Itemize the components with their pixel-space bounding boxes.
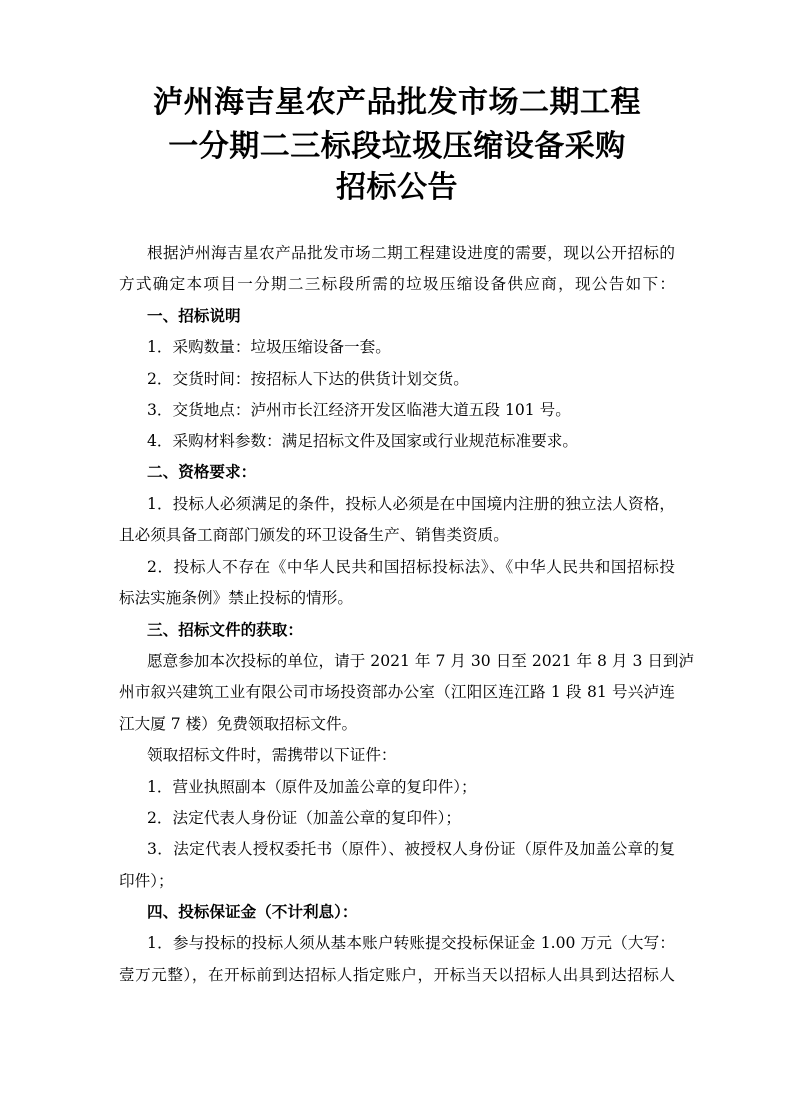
section-1-item-4: 4．采购材料参数：满足招标文件及国家或行业规范标准要求。 (147, 426, 578, 457)
section-2-item-2-line-2: 标法实施条例》禁止投标的情形。 (119, 583, 353, 614)
section-3-docs-intro: 领取招标文件时，需携带以下证件： (147, 740, 397, 771)
section-3-paragraph-line-2: 州市叙兴建筑工业有限公司市场投资部办公室（江阳区连江路 1 段 81 号兴泸连 (119, 677, 675, 708)
section-1-heading: 一、招标说明 (147, 301, 241, 332)
document-title-line-2: 一分期二三标段垃圾压缩设备采购 (0, 132, 794, 162)
section-2-heading: 二、资格要求： (147, 457, 256, 488)
intro-paragraph-line-2: 方式确定本项目一分期二三标段所需的垃圾压缩设备供应商，现公告如下： (119, 269, 675, 300)
section-1-item-2: 2．交货时间：按招标人下达的供货计划交货。 (147, 364, 469, 395)
section-4-item-1-line-2: 壹万元整），在开标前到达招标人指定账户，开标当天以招标人出具到达招标人 (119, 960, 675, 991)
section-2-item-2-line-1: 2．投标人不存在《中华人民共和国招标投标法》、《中华人民共和国招标投 (147, 552, 675, 583)
section-3-doc-3-line-1: 3．法定代表人授权委托书（原件）、被授权人身份证（原件及加盖公章的复 (147, 834, 675, 865)
section-3-heading: 三、招标文件的获取： (147, 615, 303, 646)
section-4-item-1-line-1: 1．参与投标的投标人须从基本账户转账提交投标保证金 1.00 万元（大写： (147, 928, 675, 959)
section-4-heading: 四、投标保证金（不计利息）： (147, 897, 358, 928)
intro-paragraph-line-1: 根据泸州海吉星农产品批发市场二期工程建设进度的需要，现以公开招标的 (147, 238, 675, 269)
section-3-doc-1: 1．营业执照副本（原件及加盖公章的复印件）； (147, 772, 477, 803)
document-page: 泸州海吉星农产品批发市场二期工程 一分期二三标段垃圾压缩设备采购 招标公告 根据… (0, 0, 794, 1108)
section-3-paragraph-line-1: 愿意参加本次投标的单位，请于 2021 年 7 月 30 日至 2021 年 8… (147, 646, 675, 677)
document-title-line-3: 招标公告 (0, 173, 794, 203)
section-1-item-3: 3．交货地点：泸州市长江经济开发区临港大道五段 101 号。 (147, 395, 571, 426)
section-1-item-1: 1．采购数量：垃圾压缩设备一套。 (147, 332, 391, 363)
section-3-doc-2: 2．法定代表人身份证（加盖公章的复印件）； (147, 803, 461, 834)
document-title-line-1: 泸州海吉星农产品批发市场二期工程 (0, 88, 794, 118)
section-2-item-1-line-1: 1．投标人必须满足的条件，投标人必须是在中国境内注册的独立法人资格， (147, 489, 675, 520)
section-3-paragraph-line-3: 江大厦 7 楼）免费领取招标文件。 (119, 709, 357, 740)
section-3-doc-3-line-2: 印件）； (119, 866, 174, 897)
section-2-item-1-line-2: 且必须具备工商部门颁发的环卫设备生产、销售类资质。 (119, 520, 509, 551)
